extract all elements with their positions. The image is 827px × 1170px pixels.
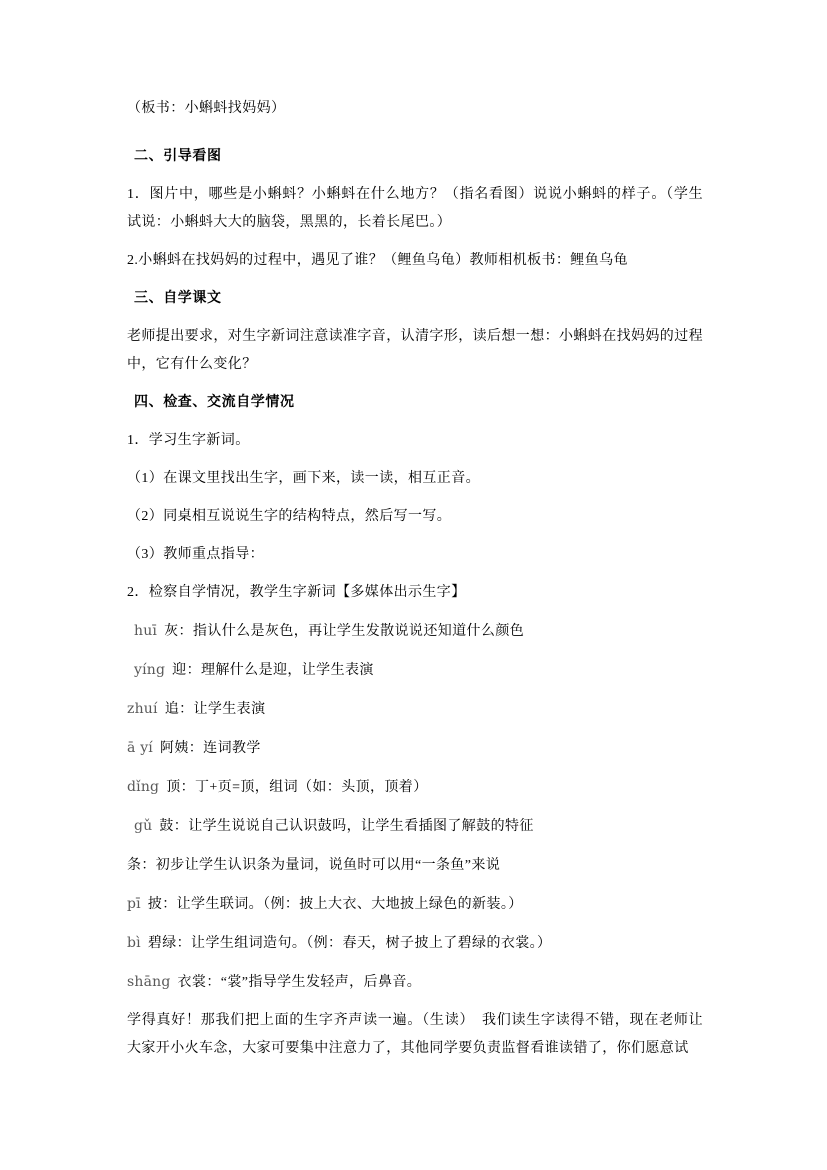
vocab-text: 鼓：让学生说说自己认识鼓吗，让学生看插图了解鼓的特征	[159, 819, 533, 834]
vocab-text: 灰：指认什么是灰色，再让学生发散说说还知道什么颜色	[164, 624, 524, 639]
lesson-plan-document-page: （板书：小蝌蚪找妈妈） 二、引导看图 1．图片中，哪些是小蝌蚪？小蝌蚪在什么地方…	[0, 0, 827, 1170]
vocab-entry-zhui: zhuí追：让学生表演	[127, 695, 703, 724]
vocab-text: 顶：丁+页=顶，组词（如：头顶，顶着）	[166, 780, 427, 795]
board-writing-note: （板书：小蝌蚪找妈妈）	[127, 95, 703, 123]
vocab-entry-gu: gǔ鼓：让学生说说自己认识鼓吗，让学生看插图了解鼓的特征	[127, 812, 703, 841]
vocab-text: 条：初步让学生认识条为量词，说鱼时可以用“一条鱼”来说	[127, 858, 500, 873]
pinyin-label: huī	[134, 623, 157, 639]
vocab-entry-tiao: 条：初步让学生认识条为量词，说鱼时可以用“一条鱼”来说	[127, 851, 703, 880]
paragraph-learn-new-words: 1．学习生字新词。	[127, 427, 703, 455]
vocab-entry-ayi: ā yí阿姨：连词教学	[127, 734, 703, 763]
pinyin-label: ā yí	[127, 740, 153, 756]
paragraph-step-2: （2）同桌相互说说生字的结构特点，然后写一写。	[127, 503, 703, 531]
vocab-entry-ying: yíng迎：理解什么是迎，让学生表演	[127, 656, 703, 685]
vocab-text: 衣裳：“裳”指导学生发轻声，后鼻音。	[178, 975, 422, 990]
paragraph-step-1: （1）在课文里找出生字，画下来，读一读，相互正音。	[127, 465, 703, 493]
paragraph-step-3: （3）教师重点指导：	[127, 541, 703, 569]
pinyin-label: dǐng	[127, 779, 159, 795]
vocab-text: 追：让学生表演	[165, 702, 266, 717]
paragraph-tadpole-meeting: 2.小蝌蚪在找妈妈的过程中，遇见了谁？（鲤鱼乌龟）教师相机板书：鲤鱼乌龟	[127, 247, 703, 275]
paragraph-check-self-study: 2．检察自学情况，教学生字新词【多媒体出示生字】	[127, 579, 703, 607]
vocab-text: 阿姨：连词教学	[160, 741, 261, 756]
pinyin-label: zhuí	[127, 701, 158, 717]
pinyin-label: gǔ	[134, 818, 152, 834]
vocab-entry-pi: pī披：让学生联词。（例：披上大衣、大地披上绿色的新装。）	[127, 890, 703, 919]
vocab-entry-ding: dǐng顶：丁+页=顶，组词（如：头顶，顶着）	[127, 773, 703, 802]
pinyin-label: pī	[127, 896, 141, 912]
vocab-text: 披：让学生联词。（例：披上大衣、大地披上绿色的新装。）	[148, 897, 523, 912]
vocab-entry-shang: shāng衣裳：“裳”指导学生发轻声，后鼻音。	[127, 968, 703, 997]
paragraph-closing-praise: 学得真好！那我们把上面的生字齐声读一遍。（生读） 我们读生字读得不错，现在老师让…	[127, 1007, 703, 1063]
vocab-entry-hui: huī灰：指认什么是灰色，再让学生发散说说还知道什么颜色	[127, 617, 703, 646]
section-heading-check-exchange: 四、检查、交流自学情况	[127, 389, 703, 417]
section-heading-self-study: 三、自学课文	[127, 285, 703, 313]
vocab-text: 迎：理解什么是迎，让学生表演	[172, 663, 374, 678]
section-heading-guide-viewing: 二、引导看图	[127, 143, 703, 171]
paragraph-teacher-requirements: 老师提出要求，对生字新词注意读准字音，认清字形，读后想一想：小蝌蚪在找妈妈的过程…	[127, 323, 703, 379]
paragraph-picture-question: 1．图片中，哪些是小蝌蚪？小蝌蚪在什么地方？（指名看图）说说小蝌蚪的样子。（学生…	[127, 181, 703, 237]
pinyin-label: bì	[127, 935, 141, 951]
pinyin-label: shāng	[127, 974, 171, 990]
vocab-text: 碧绿：让学生组词造句。（例：春天，树子披上了碧绿的衣裳。）	[148, 936, 552, 951]
pinyin-label: yíng	[134, 662, 165, 678]
vocab-entry-bi: bì碧绿：让学生组词造句。（例：春天，树子披上了碧绿的衣裳。）	[127, 929, 703, 958]
